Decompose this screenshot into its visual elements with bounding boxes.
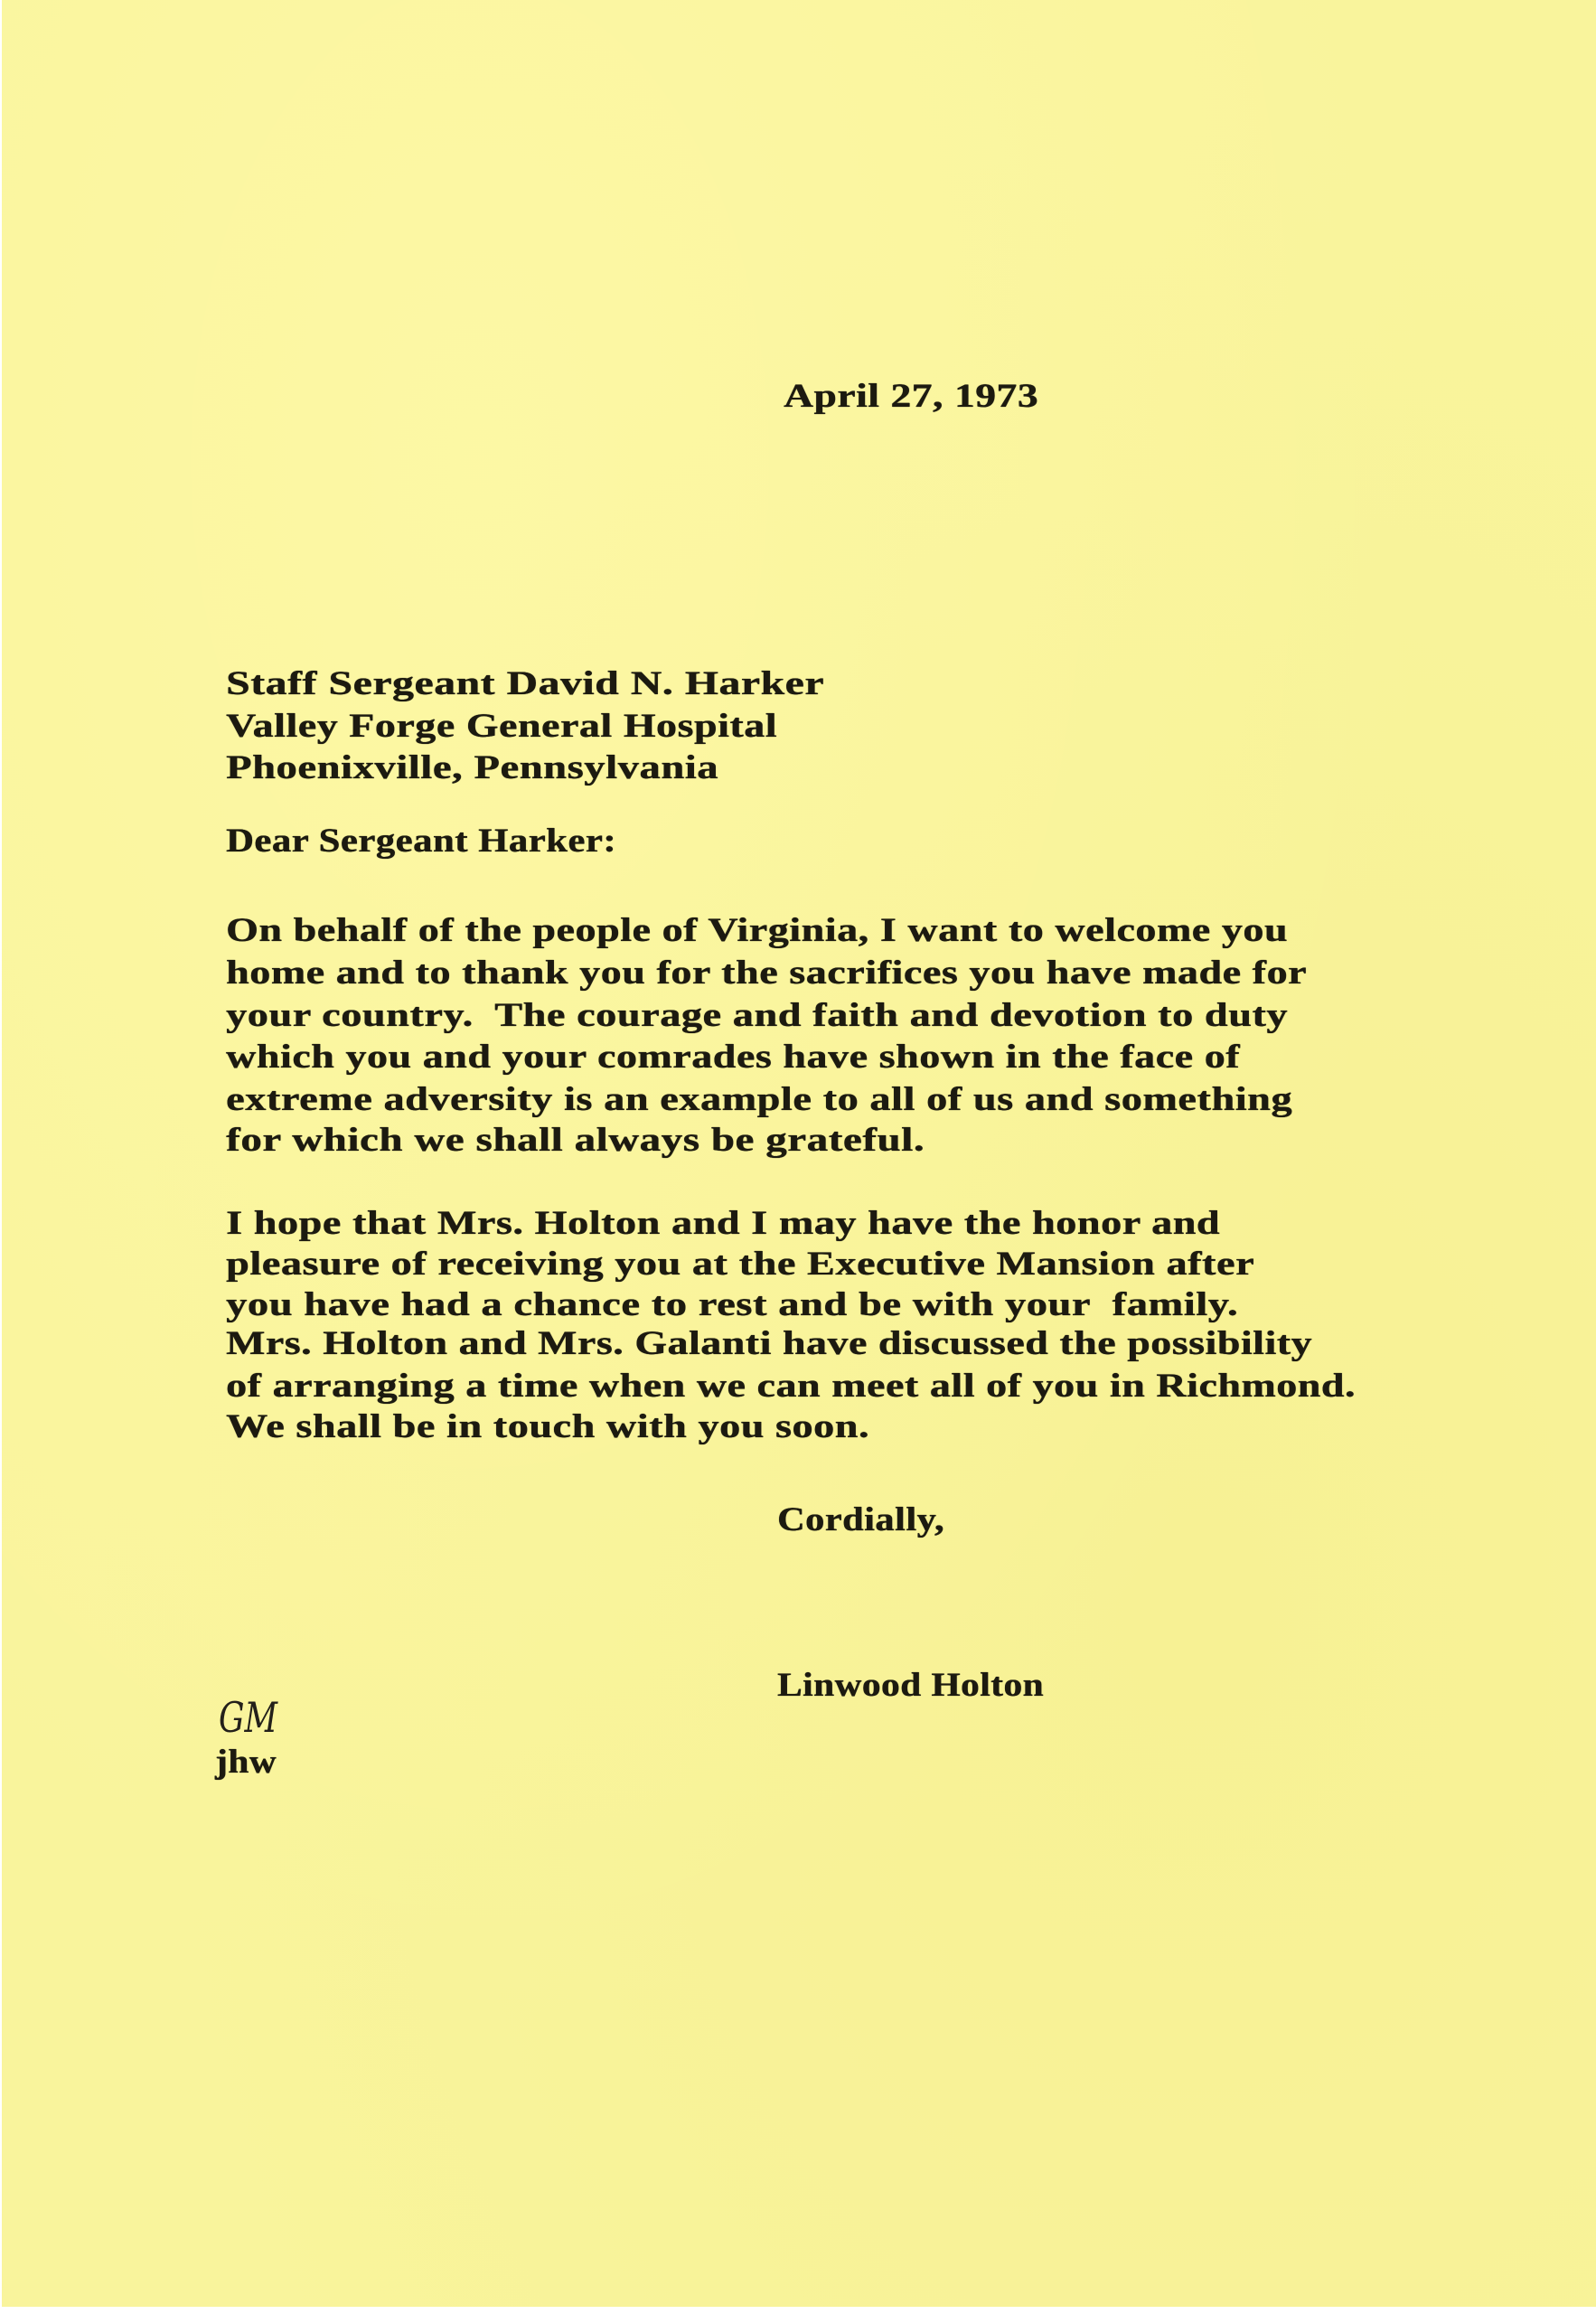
paragraph-line: Mrs. Holton and Mrs. Galanti have discus… xyxy=(226,1327,1312,1360)
paragraph-line: We shall be in touch with you soon. xyxy=(226,1410,869,1444)
recipient-name: Staff Sergeant David N. Harker xyxy=(226,667,824,701)
paragraph-line: your country. The courage and faith and … xyxy=(226,999,1288,1032)
paragraph-line: for which we shall always be grateful. xyxy=(226,1124,925,1157)
paragraph-line: of arranging a time when we can meet all… xyxy=(226,1369,1356,1403)
paragraph-line: you have had a chance to rest and be wit… xyxy=(226,1288,1238,1322)
paragraph-line: I hope that Mrs. Holton and I may have t… xyxy=(226,1207,1220,1240)
signer-name: Linwood Holton xyxy=(777,1669,1044,1702)
paragraph-line: On behalf of the people of Virginia, I w… xyxy=(226,914,1288,947)
handwritten-initials: GM xyxy=(219,1697,277,1738)
typist-initials: jhw xyxy=(215,1745,277,1779)
recipient-institution: Valley Forge General Hospital xyxy=(226,710,777,743)
paragraph-line: which you and your comrades have shown i… xyxy=(226,1040,1240,1074)
closing: Cordially, xyxy=(777,1503,944,1537)
paragraph-line: home and to thank you for the sacrifices… xyxy=(226,956,1307,990)
recipient-location: Phoenixville, Pennsylvania xyxy=(226,751,718,785)
paragraph-line: extreme adversity is an example to all o… xyxy=(226,1083,1292,1116)
letter-date: April 27, 1973 xyxy=(784,380,1038,413)
letter-page: April 27, 1973 Staff Sergeant David N. H… xyxy=(2,0,1596,2307)
salutation: Dear Sergeant Harker: xyxy=(226,824,616,858)
paragraph-line: pleasure of receiving you at the Executi… xyxy=(226,1247,1254,1281)
